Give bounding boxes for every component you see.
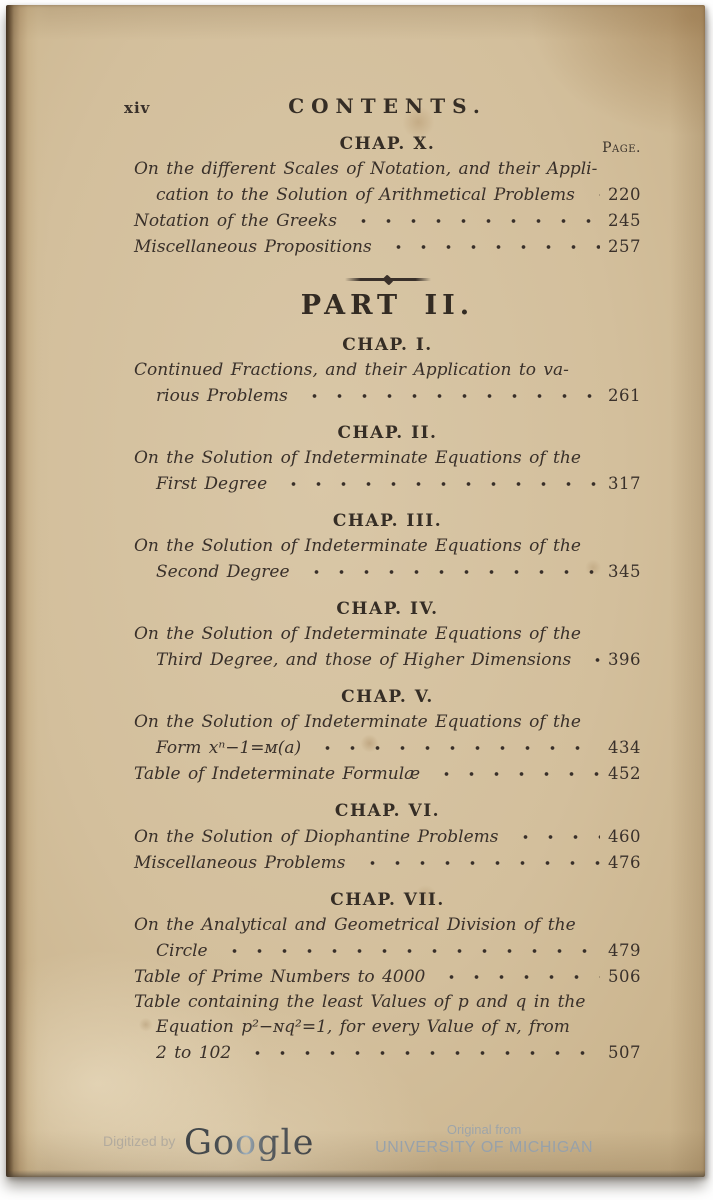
toc-entry-line: Continued Fractions, and their Applicati… (134, 358, 641, 383)
toc-entry: On the Solution of Diophantine Problems4… (134, 824, 641, 850)
dot-leader (313, 735, 600, 761)
entry-page-number: 245 (608, 208, 641, 233)
toc-entry-line: On the Solution of Diophantine Problems4… (134, 824, 641, 850)
toc-entry-line: First Degree317 (134, 471, 641, 497)
entry-page-number: 452 (608, 761, 641, 786)
toc-entry: On the Solution of Indeterminate Equatio… (134, 710, 641, 761)
entry-page-number: 220 (608, 182, 641, 207)
entry-text: Table of Prime Numbers to 4000 (134, 965, 425, 990)
dot-leader (302, 559, 600, 585)
book-page-scan: xiv CONTENTS. Page. CHAP. X.On the diffe… (6, 5, 705, 1177)
page-column-label: Page. (602, 140, 641, 156)
entry-text: On the Solution of Diophantine Problems (134, 825, 499, 850)
toc-entry: Continued Fractions, and their Applicati… (134, 358, 641, 409)
chapter-heading: CHAP. VII. (134, 890, 641, 910)
dot-leader (279, 471, 600, 497)
entry-page-number: 476 (608, 850, 641, 875)
toc-entry: On the different Scales of Notation, and… (134, 157, 641, 208)
toc-section: CHAP. VI.On the Solution of Diophantine … (134, 801, 641, 876)
toc-entry: On the Solution of Indeterminate Equatio… (134, 534, 641, 585)
toc-entry-line: Miscellaneous Problems476 (134, 850, 641, 876)
entry-text: Form xⁿ−1=ᴍ(a) (156, 736, 301, 761)
toc-entry-line: 2 to 102507 (134, 1040, 641, 1066)
dot-leader (583, 647, 600, 673)
toc-section: CHAP. III.On the Solution of Indetermina… (134, 511, 641, 585)
toc-entry: Miscellaneous Propositions257 (134, 234, 641, 260)
entry-text: Miscellaneous Propositions (134, 235, 372, 260)
toc-entry-line: Equation p²−ɴq²=1, for every Value of ɴ,… (134, 1015, 641, 1040)
dot-leader (243, 1040, 600, 1066)
entry-page-number: 434 (608, 735, 641, 760)
toc-sections-part1: CHAP. X.On the different Scales of Notat… (134, 134, 641, 260)
dot-leader (432, 761, 600, 787)
entry-text: 2 to 102 (156, 1041, 231, 1066)
toc-entry-line: On the Analytical and Geometrical Divisi… (134, 913, 641, 938)
toc-entry-line: On the Solution of Indeterminate Equatio… (134, 446, 641, 471)
original-from-label: Original from (375, 1122, 593, 1137)
toc-entry: Table of Indeterminate Formulæ452 (134, 761, 641, 787)
dot-leader (511, 824, 600, 850)
toc-entry: On the Solution of Indeterminate Equatio… (134, 446, 641, 497)
page-header-row: xiv CONTENTS. (134, 94, 641, 120)
google-watermark-origin: Original from UNIVERSITY OF MICHIGAN (375, 1122, 593, 1157)
toc-entry-line: Form xⁿ−1=ᴍ(a)434 (134, 735, 641, 761)
toc-entry-line: Miscellaneous Propositions257 (134, 234, 641, 260)
toc-section: CHAP. VII.On the Analytical and Geometri… (134, 890, 641, 1066)
chapter-heading: CHAP. III. (134, 511, 641, 531)
contents-title: CONTENTS. (134, 94, 641, 118)
google-logo: Google (184, 1126, 314, 1161)
toc-entry: Table containing the least Values of p a… (134, 990, 641, 1066)
chapter-heading: CHAP. I. (134, 335, 641, 355)
toc-entry-line: On the Solution of Indeterminate Equatio… (134, 622, 641, 647)
toc-entry-line: On the different Scales of Notation, and… (134, 157, 641, 182)
toc-entry-line: Notation of the Greeks245 (134, 208, 641, 234)
toc-entry: On the Analytical and Geometrical Divisi… (134, 913, 641, 964)
chapter-heading: CHAP. VI. (134, 801, 641, 821)
entry-page-number: 261 (608, 383, 641, 408)
toc-entry-line: On the Solution of Indeterminate Equatio… (134, 534, 641, 559)
entry-text: Table of Indeterminate Formulæ (134, 762, 420, 787)
dot-leader (220, 938, 600, 964)
entry-text: Second Degree (156, 560, 290, 585)
toc-entry-line: On the Solution of Indeterminate Equatio… (134, 710, 641, 735)
toc-entry: Table of Prime Numbers to 4000506 (134, 964, 641, 990)
toc-entry-line: Circle479 (134, 938, 641, 964)
entry-page-number: 506 (608, 964, 641, 989)
chapter-heading: CHAP. X. (134, 134, 641, 154)
entry-page-number: 345 (608, 559, 641, 584)
dot-leader (587, 182, 600, 208)
page-folio: xiv (124, 99, 150, 117)
entry-page-number: 396 (608, 647, 641, 672)
toc-section: CHAP. X.On the different Scales of Notat… (134, 134, 641, 260)
chapter-heading: CHAP. IV. (134, 599, 641, 619)
toc-entry-line: Table of Indeterminate Formulæ452 (134, 761, 641, 787)
entry-page-number: 460 (608, 824, 641, 849)
dot-leader (300, 383, 600, 409)
dot-leader (384, 234, 600, 260)
toc-section: CHAP. II.On the Solution of Indeterminat… (134, 423, 641, 497)
entry-page-number: 317 (608, 471, 641, 496)
chapter-heading: CHAP. V. (134, 687, 641, 707)
part-title: PART II. (134, 291, 641, 321)
digitized-by-label: Digitized by (103, 1133, 175, 1149)
toc-entry-line: Third Degree, and those of Higher Dimens… (134, 647, 641, 673)
toc-entry: On the Solution of Indeterminate Equatio… (134, 622, 641, 673)
entry-page-number: 257 (608, 234, 641, 259)
toc-section: CHAP. V.On the Solution of Indeterminate… (134, 687, 641, 787)
toc-section: CHAP. IV.On the Solution of Indeterminat… (134, 599, 641, 673)
toc-entry: Notation of the Greeks245 (134, 208, 641, 234)
toc-section: CHAP. I.Continued Fractions, and their A… (134, 335, 641, 409)
toc-entry-line: rious Problems261 (134, 383, 641, 409)
entry-page-number: 479 (608, 938, 641, 963)
toc-entry-line: Second Degree345 (134, 559, 641, 585)
toc-entry: Miscellaneous Problems476 (134, 850, 641, 876)
toc-sections-part2: CHAP. I.Continued Fractions, and their A… (134, 335, 641, 1066)
section-divider-ornament (345, 278, 431, 281)
toc-entry-line: Table of Prime Numbers to 4000506 (134, 964, 641, 990)
institution-label: UNIVERSITY OF MICHIGAN (375, 1139, 593, 1157)
toc-entry-line: Table containing the least Values of p a… (134, 990, 641, 1015)
dot-leader (349, 208, 600, 234)
dot-leader (358, 850, 600, 876)
toc-entry-line: cation to the Solution of Arithmetical P… (134, 182, 641, 208)
entry-page-number: 507 (608, 1040, 641, 1065)
entry-text: First Degree (156, 472, 267, 497)
entry-text: rious Problems (156, 384, 288, 409)
entry-text: Third Degree, and those of Higher Dimens… (156, 648, 571, 673)
entry-text: Miscellaneous Problems (134, 851, 346, 876)
entry-text: cation to the Solution of Arithmetical P… (156, 183, 575, 208)
entry-text: Notation of the Greeks (134, 209, 337, 234)
dot-leader (437, 964, 600, 990)
contents-text-block: xiv CONTENTS. Page. CHAP. X.On the diffe… (134, 94, 641, 1066)
chapter-heading: CHAP. II. (134, 423, 641, 443)
entry-text: Circle (156, 939, 208, 964)
